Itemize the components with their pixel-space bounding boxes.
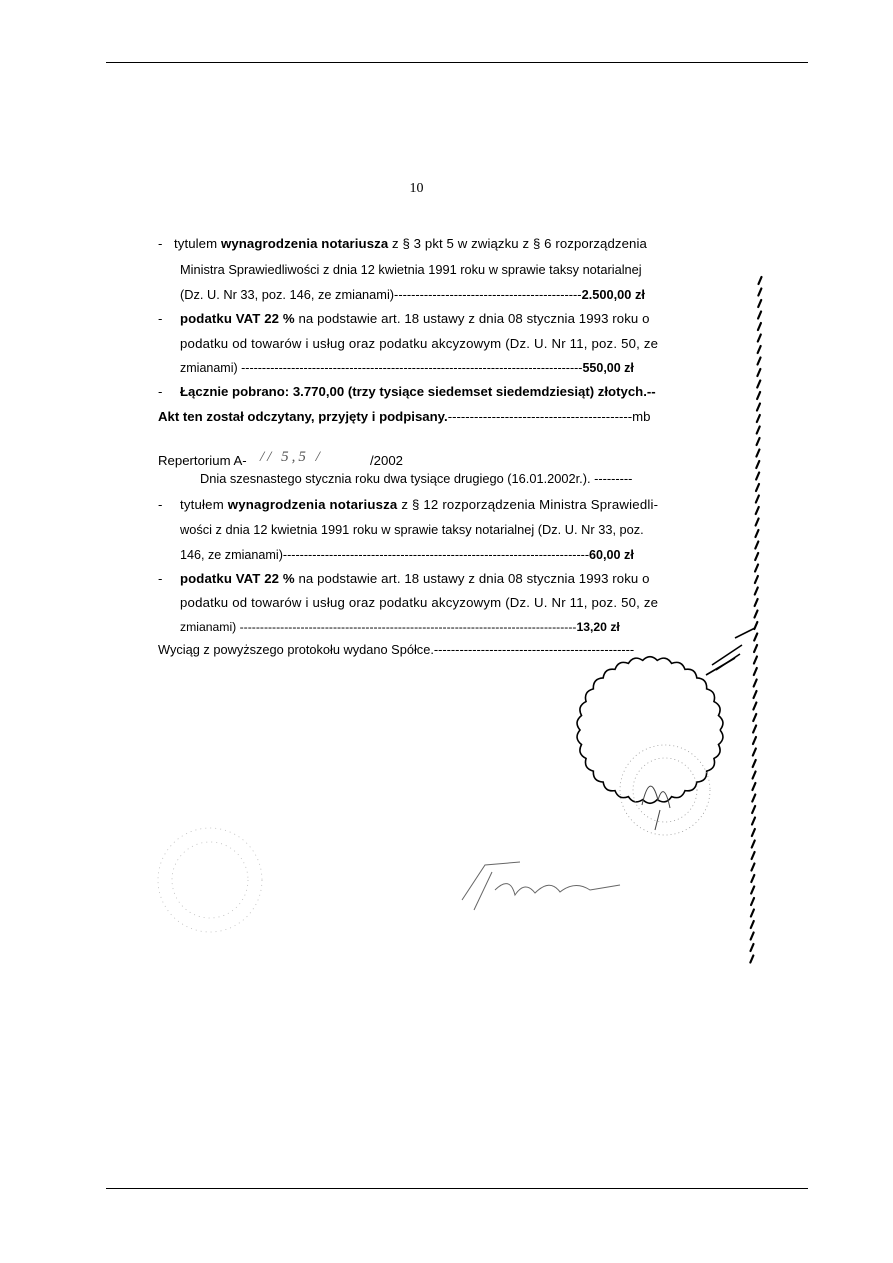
binding-cord-icon [750, 277, 761, 963]
faded-stamp-icon [158, 828, 262, 932]
signature-icon [462, 862, 620, 910]
wafer-seal-icon [577, 657, 723, 804]
notary-stamp-icon [620, 745, 710, 835]
signature-on-seal-icon [642, 786, 670, 830]
cord-tail-icon [706, 628, 755, 675]
document-decorations [0, 0, 893, 1263]
